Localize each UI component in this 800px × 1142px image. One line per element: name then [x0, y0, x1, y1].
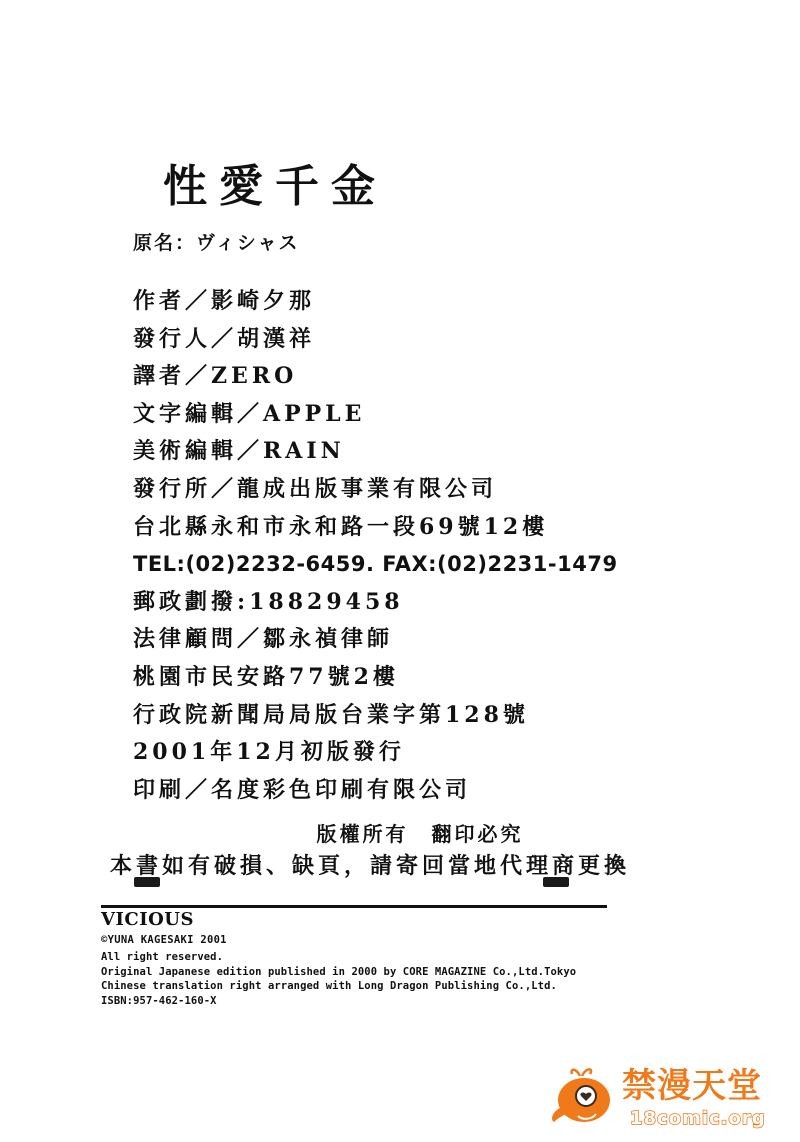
credit-address: 台北縣永和市永和路一段69號12樓: [133, 509, 618, 547]
credit-text-editor: 文字編輯／APPLE: [133, 396, 618, 434]
credits-list: 作者／影崎夕那 發行人／胡漢祥 譯者／ZERO 文字編輯／APPLE 美術編輯／…: [133, 283, 618, 809]
english-colophon: VICIOUS ©YUNA KAGESAKI 2001 All right re…: [101, 910, 576, 1008]
rights-reserved: 版權所有 翻印必究: [40, 818, 800, 847]
english-isbn: ISBN:957-462-160-X: [101, 994, 576, 1009]
credit-publisher: 發行人／胡漢祥: [133, 321, 618, 359]
mascot-icon: [548, 1062, 616, 1132]
credit-legal-address: 桃園市民安路77號2樓: [133, 659, 618, 697]
credit-printer: 印刷／名度彩色印刷有限公司: [133, 772, 618, 810]
watermark-name: 禁漫天堂: [622, 1066, 762, 1106]
print-mark-left: [134, 877, 160, 887]
english-title: VICIOUS: [101, 910, 576, 930]
damaged-copy-notice: 本書如有破損、缺頁，請寄回當地代理商更換: [0, 849, 800, 880]
original-title: 原名：ヴィシャス: [133, 228, 299, 255]
credit-publishing-house: 發行所／龍成出版事業有限公司: [133, 471, 618, 509]
watermark-logo: 禁漫天堂 18comic.org: [548, 1062, 788, 1138]
credit-postal-account: 郵政劃撥:18829458: [133, 584, 618, 622]
book-title: 性愛千金: [163, 150, 387, 214]
watermark-url: 18comic.org: [630, 1108, 766, 1129]
credit-translator: 譯者／ZERO: [133, 358, 618, 396]
credit-art-editor: 美術編輯／RAIN: [133, 433, 618, 471]
english-translation-rights: Chinese translation right arranged with …: [101, 979, 576, 994]
divider-rule: [101, 905, 607, 908]
credit-legal-advisor: 法律顧問／鄒永禎律師: [133, 621, 618, 659]
credit-phone-fax: TEL:(02)2232-6459. FAX:(02)2231-1479: [133, 546, 618, 584]
english-copyright: ©YUNA KAGESAKI 2001: [101, 932, 576, 948]
credit-author: 作者／影崎夕那: [133, 283, 618, 321]
rights-notice: 版權所有 翻印必究 本書如有破損、缺頁，請寄回當地代理商更換: [0, 818, 800, 880]
print-mark-right: [543, 877, 569, 887]
english-rights: All right reserved.: [101, 950, 576, 965]
credit-edition-date: 2001年12月初版發行: [133, 734, 618, 772]
english-original-edition: Original Japanese edition published in 2…: [101, 965, 576, 980]
credit-license: 行政院新聞局局版台業字第128號: [133, 697, 618, 735]
